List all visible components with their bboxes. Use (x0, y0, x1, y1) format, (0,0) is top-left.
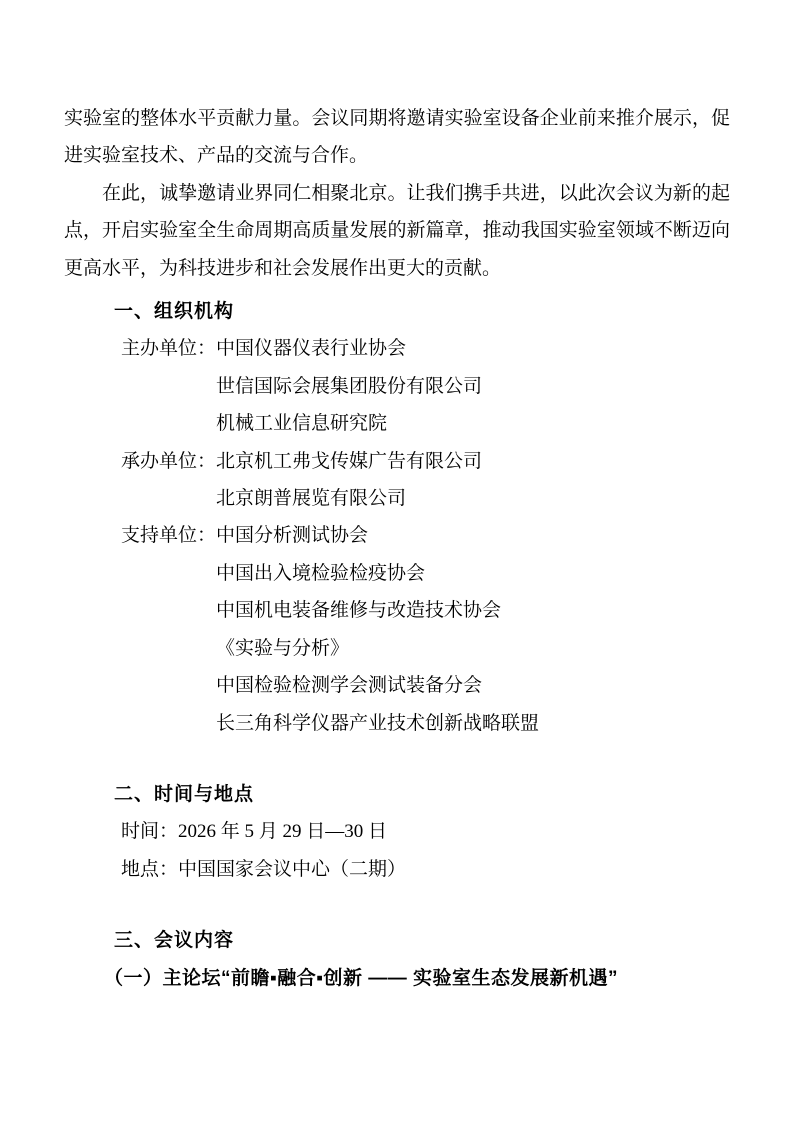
detail-row-location: 地点：中国国家会议中心（二期） (64, 851, 730, 888)
org-group-host: 主办单位： 中国仪器仪表行业协会 世信国际会展集团股份有限公司 机械工业信息研究… (64, 330, 730, 442)
org-items-host: 中国仪器仪表行业协会 世信国际会展集团股份有限公司 机械工业信息研究院 (216, 330, 730, 442)
section-heading-content: 三、会议内容 (64, 922, 730, 959)
org-item: 中国仪器仪表行业协会 (216, 330, 730, 367)
section-heading-time-location: 二、时间与地点 (64, 776, 730, 813)
section-heading-organization: 一、组织机构 (64, 293, 730, 330)
org-label-organizer: 承办单位： (121, 443, 216, 480)
detail-row-time: 时间：2026 年 5 月 29 日—30 日 (64, 813, 730, 850)
org-item: 世信国际会展集团股份有限公司 (216, 368, 730, 405)
org-items-supporter: 中国分析测试协会 中国出入境检验检疫协会 中国机电装备维修与改造技术协会 《实验… (216, 517, 730, 741)
org-item: 机械工业信息研究院 (216, 405, 730, 442)
org-item: 北京朗普展览有限公司 (216, 480, 730, 517)
location-label: 地点： (121, 859, 178, 880)
org-label-host: 主办单位： (121, 330, 216, 367)
org-label-supporter: 支持单位： (121, 517, 216, 554)
org-item: 中国机电装备维修与改造技术协会 (216, 592, 730, 629)
intro-paragraph-2: 在此，诚挚邀请业界同仁相聚北京。让我们携手共进，以此次会议为新的起点，开启实验室… (64, 175, 730, 287)
intro-paragraph-1: 实验室的整体水平贡献力量。会议同期将邀请实验室设备企业前来推介展示，促进实验室技… (64, 100, 730, 175)
org-group-organizer: 承办单位： 北京机工弗戈传媒广告有限公司 北京朗普展览有限公司 (64, 443, 730, 518)
location-value: 中国国家会议中心（二期） (178, 859, 406, 880)
document-page: 实验室的整体水平贡献力量。会议同期将邀请实验室设备企业前来推介展示，促进实验室技… (0, 0, 794, 1123)
org-item: 中国检验检测学会测试装备分会 (216, 667, 730, 704)
org-item: 中国分析测试协会 (216, 517, 730, 554)
org-item: 中国出入境检验检疫协会 (216, 555, 730, 592)
org-item: 《实验与分析》 (216, 630, 730, 667)
org-items-organizer: 北京机工弗戈传媒广告有限公司 北京朗普展览有限公司 (216, 443, 730, 518)
org-group-supporter: 支持单位： 中国分析测试协会 中国出入境检验检疫协会 中国机电装备维修与改造技术… (64, 517, 730, 741)
time-label: 时间： (121, 821, 178, 842)
main-forum-title: （一）主论坛“前瞻▪融合▪创新 —— 实验室生态发展新机遇” (64, 960, 730, 997)
org-item: 长三角科学仪器产业技术创新战略联盟 (216, 705, 730, 742)
org-item: 北京机工弗戈传媒广告有限公司 (216, 443, 730, 480)
time-value: 2026 年 5 月 29 日—30 日 (178, 821, 387, 842)
document-body: 实验室的整体水平贡献力量。会议同期将邀请实验室设备企业前来推介展示，促进实验室技… (64, 100, 730, 997)
